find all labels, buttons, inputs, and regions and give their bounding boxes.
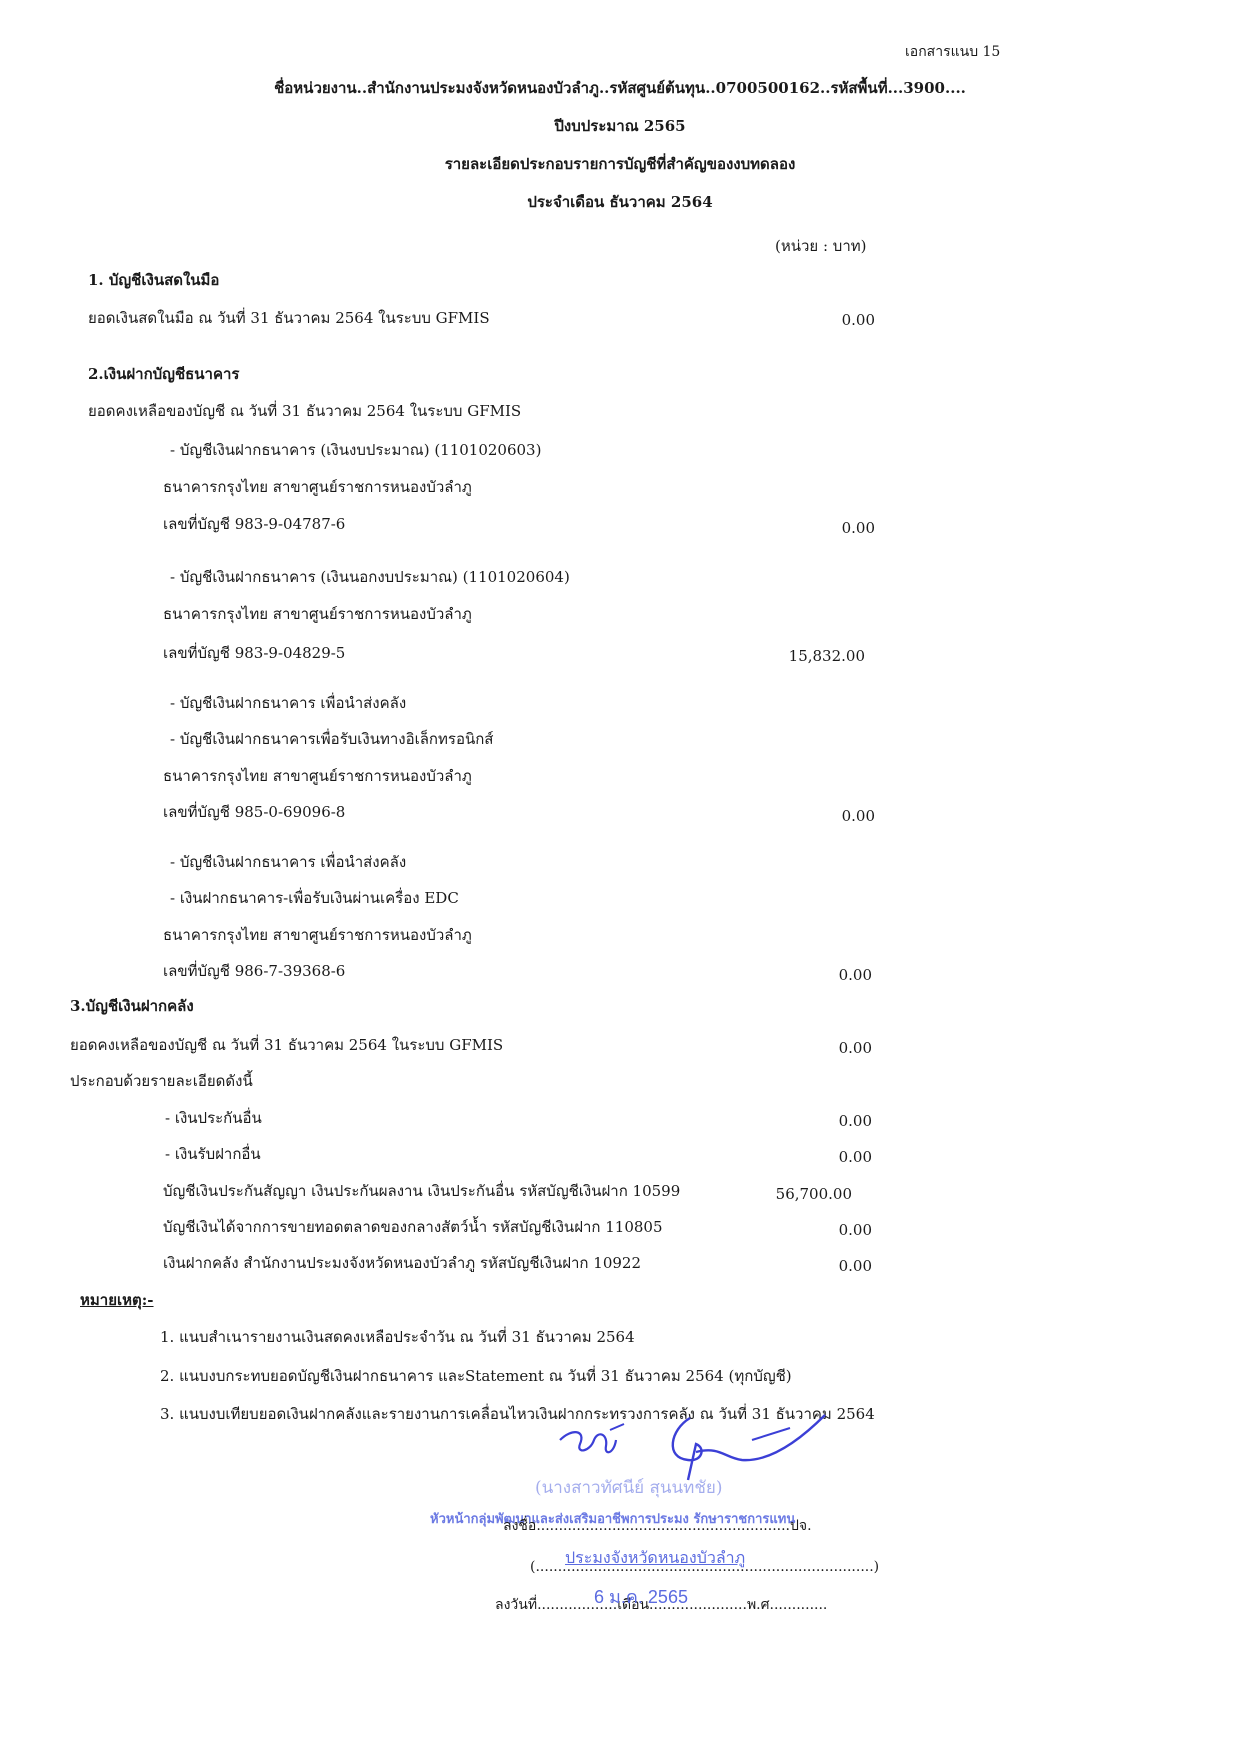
account1-number: เลขที่บัญชี 983-9-04787-6 (163, 514, 345, 534)
section3-item-1-amount: 0.00 (732, 1111, 872, 1131)
account3-desc-1: - บัญชีเงินฝากธนาคาร เพื่อนำส่งคลัง (170, 693, 406, 713)
account3-bank: ธนาคารกรุงไทย สาขาศูนย์ราชการหนองบัวลำภู (163, 766, 472, 786)
section3-item-1: - เงินประกันอื่น (165, 1108, 262, 1128)
unit-label: (หน่วย : บาท) (775, 236, 866, 256)
section3-item-5-amount: 0.00 (732, 1256, 872, 1276)
account4-desc-1: - บัญชีเงินฝากธนาคาร เพื่อนำส่งคลัง (170, 852, 406, 872)
section3-item-3-amount: 56,700.00 (712, 1184, 852, 1204)
section3-item-5: เงินฝากคลัง สำนักงานประมงจังหวัดหนองบัวล… (163, 1253, 641, 1273)
account4-desc-2: - เงินฝากธนาคาร-เพื่อรับเงินผ่านเครื่อง … (170, 888, 459, 908)
report-title: รายละเอียดประกอบรายการบัญชีที่สำคัญของงบ… (0, 154, 1240, 174)
account3-number: เลขที่บัญชี 985-0-69096-8 (163, 802, 345, 822)
remark-2: 2. แนบงบกระทบยอดบัญชีเงินฝากธนาคาร และSt… (160, 1366, 792, 1386)
account1-bank: ธนาคารกรุงไทย สาขาศูนย์ราชการหนองบัวลำภู (163, 477, 472, 497)
account4-amount: 0.00 (732, 965, 872, 985)
account2-amount: 15,832.00 (725, 646, 865, 666)
account1-amount: 0.00 (735, 518, 875, 538)
sign-suffix: ปจ. (790, 1518, 812, 1534)
section1-line: ยอดเงินสดในมือ ณ วันที่ 31 ธันวาคม 2564 … (88, 308, 490, 328)
sign-label: ลงชื่อ (503, 1518, 536, 1534)
date-stamp: 6 ม.ค. 2565 (594, 1582, 688, 1611)
section3-composed-of: ประกอบด้วยรายละเอียดดังนี้ (70, 1071, 253, 1091)
section3-item-4: บัญชีเงินได้จากการขายทอดตลาดของกลางสัตว์… (163, 1217, 663, 1237)
section1-amount: 0.00 (735, 310, 875, 330)
fiscal-year: ปีงบประมาณ 2565 (0, 116, 1240, 136)
remarks-heading: หมายเหตุ:- (80, 1290, 154, 1310)
section1-heading: 1. บัญชีเงินสดในมือ (88, 270, 219, 290)
account4-bank: ธนาคารกรุงไทย สาขาศูนย์ราชการหนองบัวลำภู (163, 925, 472, 945)
account2-desc: - บัญชีเงินฝากธนาคาร (เงินนอกงบประมาณ) (… (170, 567, 570, 587)
section2-line: ยอดคงเหลือของบัญชี ณ วันที่ 31 ธันวาคม 2… (88, 401, 521, 421)
attachment-label: เอกสารแนบ 15 (905, 42, 1000, 62)
section2-heading: 2.เงินฝากบัญชีธนาคาร (88, 364, 240, 384)
office-line: (.......................................… (530, 1557, 879, 1577)
section3-heading: 3.บัญชีเงินฝากคลัง (70, 996, 194, 1016)
report-period: ประจำเดือน ธันวาคม 2564 (0, 192, 1240, 212)
account4-number: เลขที่บัญชี 986-7-39368-6 (163, 961, 345, 981)
section3-item-2: - เงินรับฝากอื่น (165, 1144, 261, 1164)
account3-amount: 0.00 (735, 806, 875, 826)
section3-amount: 0.00 (732, 1038, 872, 1058)
account2-number: เลขที่บัญชี 983-9-04829-5 (163, 643, 345, 663)
sign-line: ลงชื่อ..................................… (503, 1516, 812, 1536)
account2-bank: ธนาคารกรุงไทย สาขาศูนย์ราชการหนองบัวลำภู (163, 604, 472, 624)
agency-line: ชื่อหน่วยงาน..สำนักงานประมงจังหวัดหนองบั… (0, 78, 1240, 98)
section3-item-2-amount: 0.00 (732, 1147, 872, 1167)
year-label: พ.ศ. (747, 1597, 774, 1613)
account3-desc-2: - บัญชีเงินฝากธนาคารเพื่อรับเงินทางอิเล็… (170, 729, 493, 749)
name-stamp: (นางสาวทัศนีย์ สุนนทชัย) (535, 1474, 723, 1501)
section3-line: ยอดคงเหลือของบัญชี ณ วันที่ 31 ธันวาคม 2… (70, 1035, 503, 1055)
account1-desc: - บัญชีเงินฝากธนาคาร (เงินงบประมาณ) (110… (170, 440, 541, 460)
section3-item-4-amount: 0.00 (732, 1220, 872, 1240)
section3-item-3: บัญชีเงินประกันสัญญา เงินประกันผลงาน เงิ… (163, 1181, 680, 1201)
date-label: ลงวันที่ (495, 1597, 537, 1613)
remark-1: 1. แนบสำเนารายงานเงินสดคงเหลือประจำวัน ณ… (160, 1327, 635, 1347)
